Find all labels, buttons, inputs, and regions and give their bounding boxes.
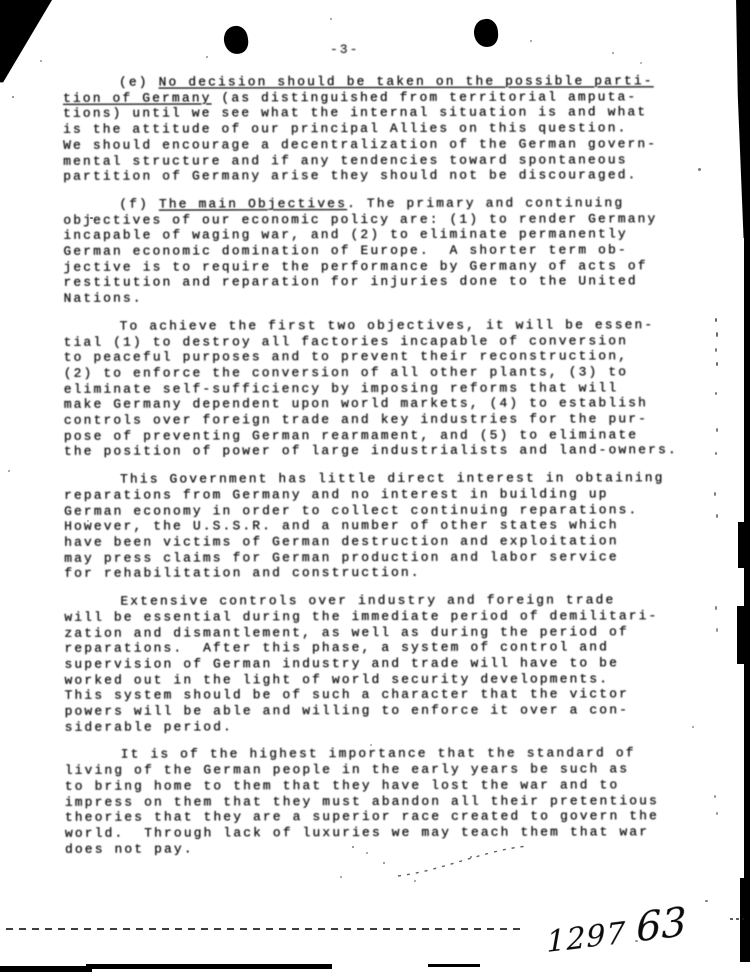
scan-speck bbox=[366, 852, 368, 854]
paragraph: (e) No decision should be taken on the p… bbox=[63, 73, 713, 185]
text-line: mental structure and if any tendencies t… bbox=[63, 152, 713, 169]
scan-speck bbox=[692, 726, 694, 728]
scan-artifact-right-bump bbox=[740, 878, 750, 962]
paragraph: To achieve the first two objectives, it … bbox=[64, 317, 714, 460]
document-page: -3- (e) No decision should be taken on t… bbox=[0, 0, 750, 972]
handwritten-note: 129763 bbox=[546, 899, 687, 962]
scan-speck bbox=[206, 56, 208, 58]
text-line: may press claims for German production a… bbox=[64, 549, 714, 566]
text-line: supervision of German industry and trade… bbox=[64, 655, 714, 672]
scan-speck bbox=[12, 96, 14, 98]
text-line: have been victims of German destruction … bbox=[64, 533, 714, 550]
text-line: tion of Germany (as distinguished from t… bbox=[63, 89, 713, 106]
scan-speck bbox=[698, 168, 701, 171]
text-line: We should encourage a decentralization o… bbox=[63, 136, 713, 153]
text-line: to bring home to them that they have los… bbox=[65, 777, 715, 794]
text-line: worked out in the light of world securit… bbox=[65, 671, 715, 688]
text-line: However, the U.S.S.R. and a number of ot… bbox=[64, 517, 714, 534]
scan-speck bbox=[612, 52, 614, 54]
text-line: (e) No decision should be taken on the p… bbox=[63, 73, 713, 90]
text-line: the position of power of large industria… bbox=[64, 443, 714, 460]
punch-hole-right bbox=[473, 18, 499, 48]
scan-speck bbox=[716, 332, 718, 337]
paragraph: This Government has little direct intere… bbox=[64, 470, 714, 582]
scan-artifact-bottom-bar bbox=[86, 964, 332, 969]
scan-speck bbox=[330, 18, 332, 20]
text-line: German economic domination of Europe. A … bbox=[63, 242, 713, 259]
text-line: (2) to enforce the conversion of all oth… bbox=[64, 364, 714, 381]
scan-speck bbox=[715, 452, 717, 455]
text-line: impress on them that they must abandon a… bbox=[65, 793, 715, 810]
text-line: tial (1) to destroy all factories incapa… bbox=[64, 333, 714, 350]
dashed-line-right bbox=[730, 918, 744, 920]
text-line: siderable period. bbox=[65, 718, 715, 735]
text-line: restitution and reparation for injuries … bbox=[63, 274, 713, 291]
punch-hole-left bbox=[222, 24, 250, 55]
scan-speck bbox=[705, 900, 708, 902]
text-line: This Government has little direct intere… bbox=[64, 470, 714, 487]
scan-artifact-bottom-bar bbox=[428, 964, 480, 967]
scan-artifact-right-bump bbox=[738, 522, 747, 568]
text-line: powers will be able and willing to enfor… bbox=[65, 702, 715, 719]
scan-speck bbox=[715, 348, 717, 352]
scan-artifact-bottom-bar bbox=[0, 966, 92, 972]
scan-speck bbox=[716, 812, 718, 815]
text-line: partition of Germany arise they should n… bbox=[63, 167, 713, 184]
scan-speck bbox=[40, 60, 42, 62]
text-line: to peaceful purposes and to prevent thei… bbox=[64, 348, 714, 365]
scan-speck bbox=[716, 514, 718, 518]
text-line: is the attitude of our principal Allies … bbox=[63, 120, 713, 137]
scan-speck bbox=[414, 880, 416, 882]
scan-speck bbox=[716, 362, 718, 366]
text-line: controls over foreign trade and key indu… bbox=[64, 411, 714, 428]
text-line: living of the German people in the early… bbox=[65, 761, 715, 778]
text-line: (f) The main Objectives. The primary and… bbox=[63, 195, 713, 212]
scan-speck bbox=[714, 795, 716, 798]
text-line: reparations from Germany and no interest… bbox=[64, 486, 714, 503]
text-line: pose of preventing German rearmament, an… bbox=[64, 427, 714, 444]
scan-speck bbox=[716, 628, 718, 632]
scan-speck bbox=[90, 217, 93, 219]
text-line: It is of the highest importance that the… bbox=[65, 746, 715, 763]
scan-speck bbox=[715, 392, 717, 395]
scan-speck bbox=[470, 856, 472, 858]
scan-speck bbox=[8, 470, 10, 472]
scan-speck bbox=[635, 940, 638, 942]
text-line: German economy in order to collect conti… bbox=[64, 502, 714, 519]
text-line: jective is to require the performance by… bbox=[63, 258, 713, 275]
text-line: will be essential during the immediate p… bbox=[64, 608, 714, 625]
scan-speck bbox=[340, 876, 342, 878]
text-line: objectives of our economic policy are: (… bbox=[63, 211, 713, 228]
text-line: eliminate self-sufficiency by imposing r… bbox=[64, 380, 714, 397]
text-line: Extensive controls over industry and for… bbox=[64, 592, 714, 609]
scan-speck bbox=[370, 744, 372, 746]
text-line: for rehabilitation and construction. bbox=[64, 565, 714, 582]
scan-artifact-right-bump bbox=[737, 606, 747, 664]
text-line: This system should be of such a characte… bbox=[65, 686, 715, 703]
document-text: (e) No decision should be taken on the p… bbox=[63, 73, 715, 869]
page-number: -3- bbox=[330, 42, 359, 57]
text-line: incapable of waging war, and (2) to elim… bbox=[63, 226, 713, 243]
scan-artifact-right-edge bbox=[744, 0, 750, 958]
text-line: zation and dismantlement, as well as dur… bbox=[64, 624, 714, 641]
scan-speck bbox=[716, 428, 718, 432]
paragraph: (f) The main Objectives. The primary and… bbox=[63, 195, 713, 307]
text-line: To achieve the first two objectives, it … bbox=[64, 317, 714, 334]
scan-speck bbox=[87, 520, 89, 522]
scan-speck bbox=[640, 62, 642, 64]
scan-speck bbox=[715, 606, 717, 610]
scan-artifact-corner bbox=[0, 0, 52, 84]
scan-speck bbox=[530, 40, 532, 42]
dashed-line bbox=[6, 928, 522, 930]
scan-speck bbox=[383, 862, 385, 864]
scan-speck bbox=[715, 318, 717, 322]
paragraph: Extensive controls over industry and for… bbox=[64, 592, 714, 735]
text-line: tions) until we see what the internal si… bbox=[63, 105, 713, 122]
text-line: reparations. After this phase, a system … bbox=[64, 639, 714, 656]
scan-speck bbox=[352, 846, 354, 848]
text-line: Nations. bbox=[64, 289, 714, 306]
pen-squiggle bbox=[340, 838, 560, 888]
text-line: make Germany dependent upon world market… bbox=[64, 396, 714, 413]
text-line: theories that they are a superior race c… bbox=[65, 808, 715, 825]
scan-speck bbox=[714, 492, 716, 496]
